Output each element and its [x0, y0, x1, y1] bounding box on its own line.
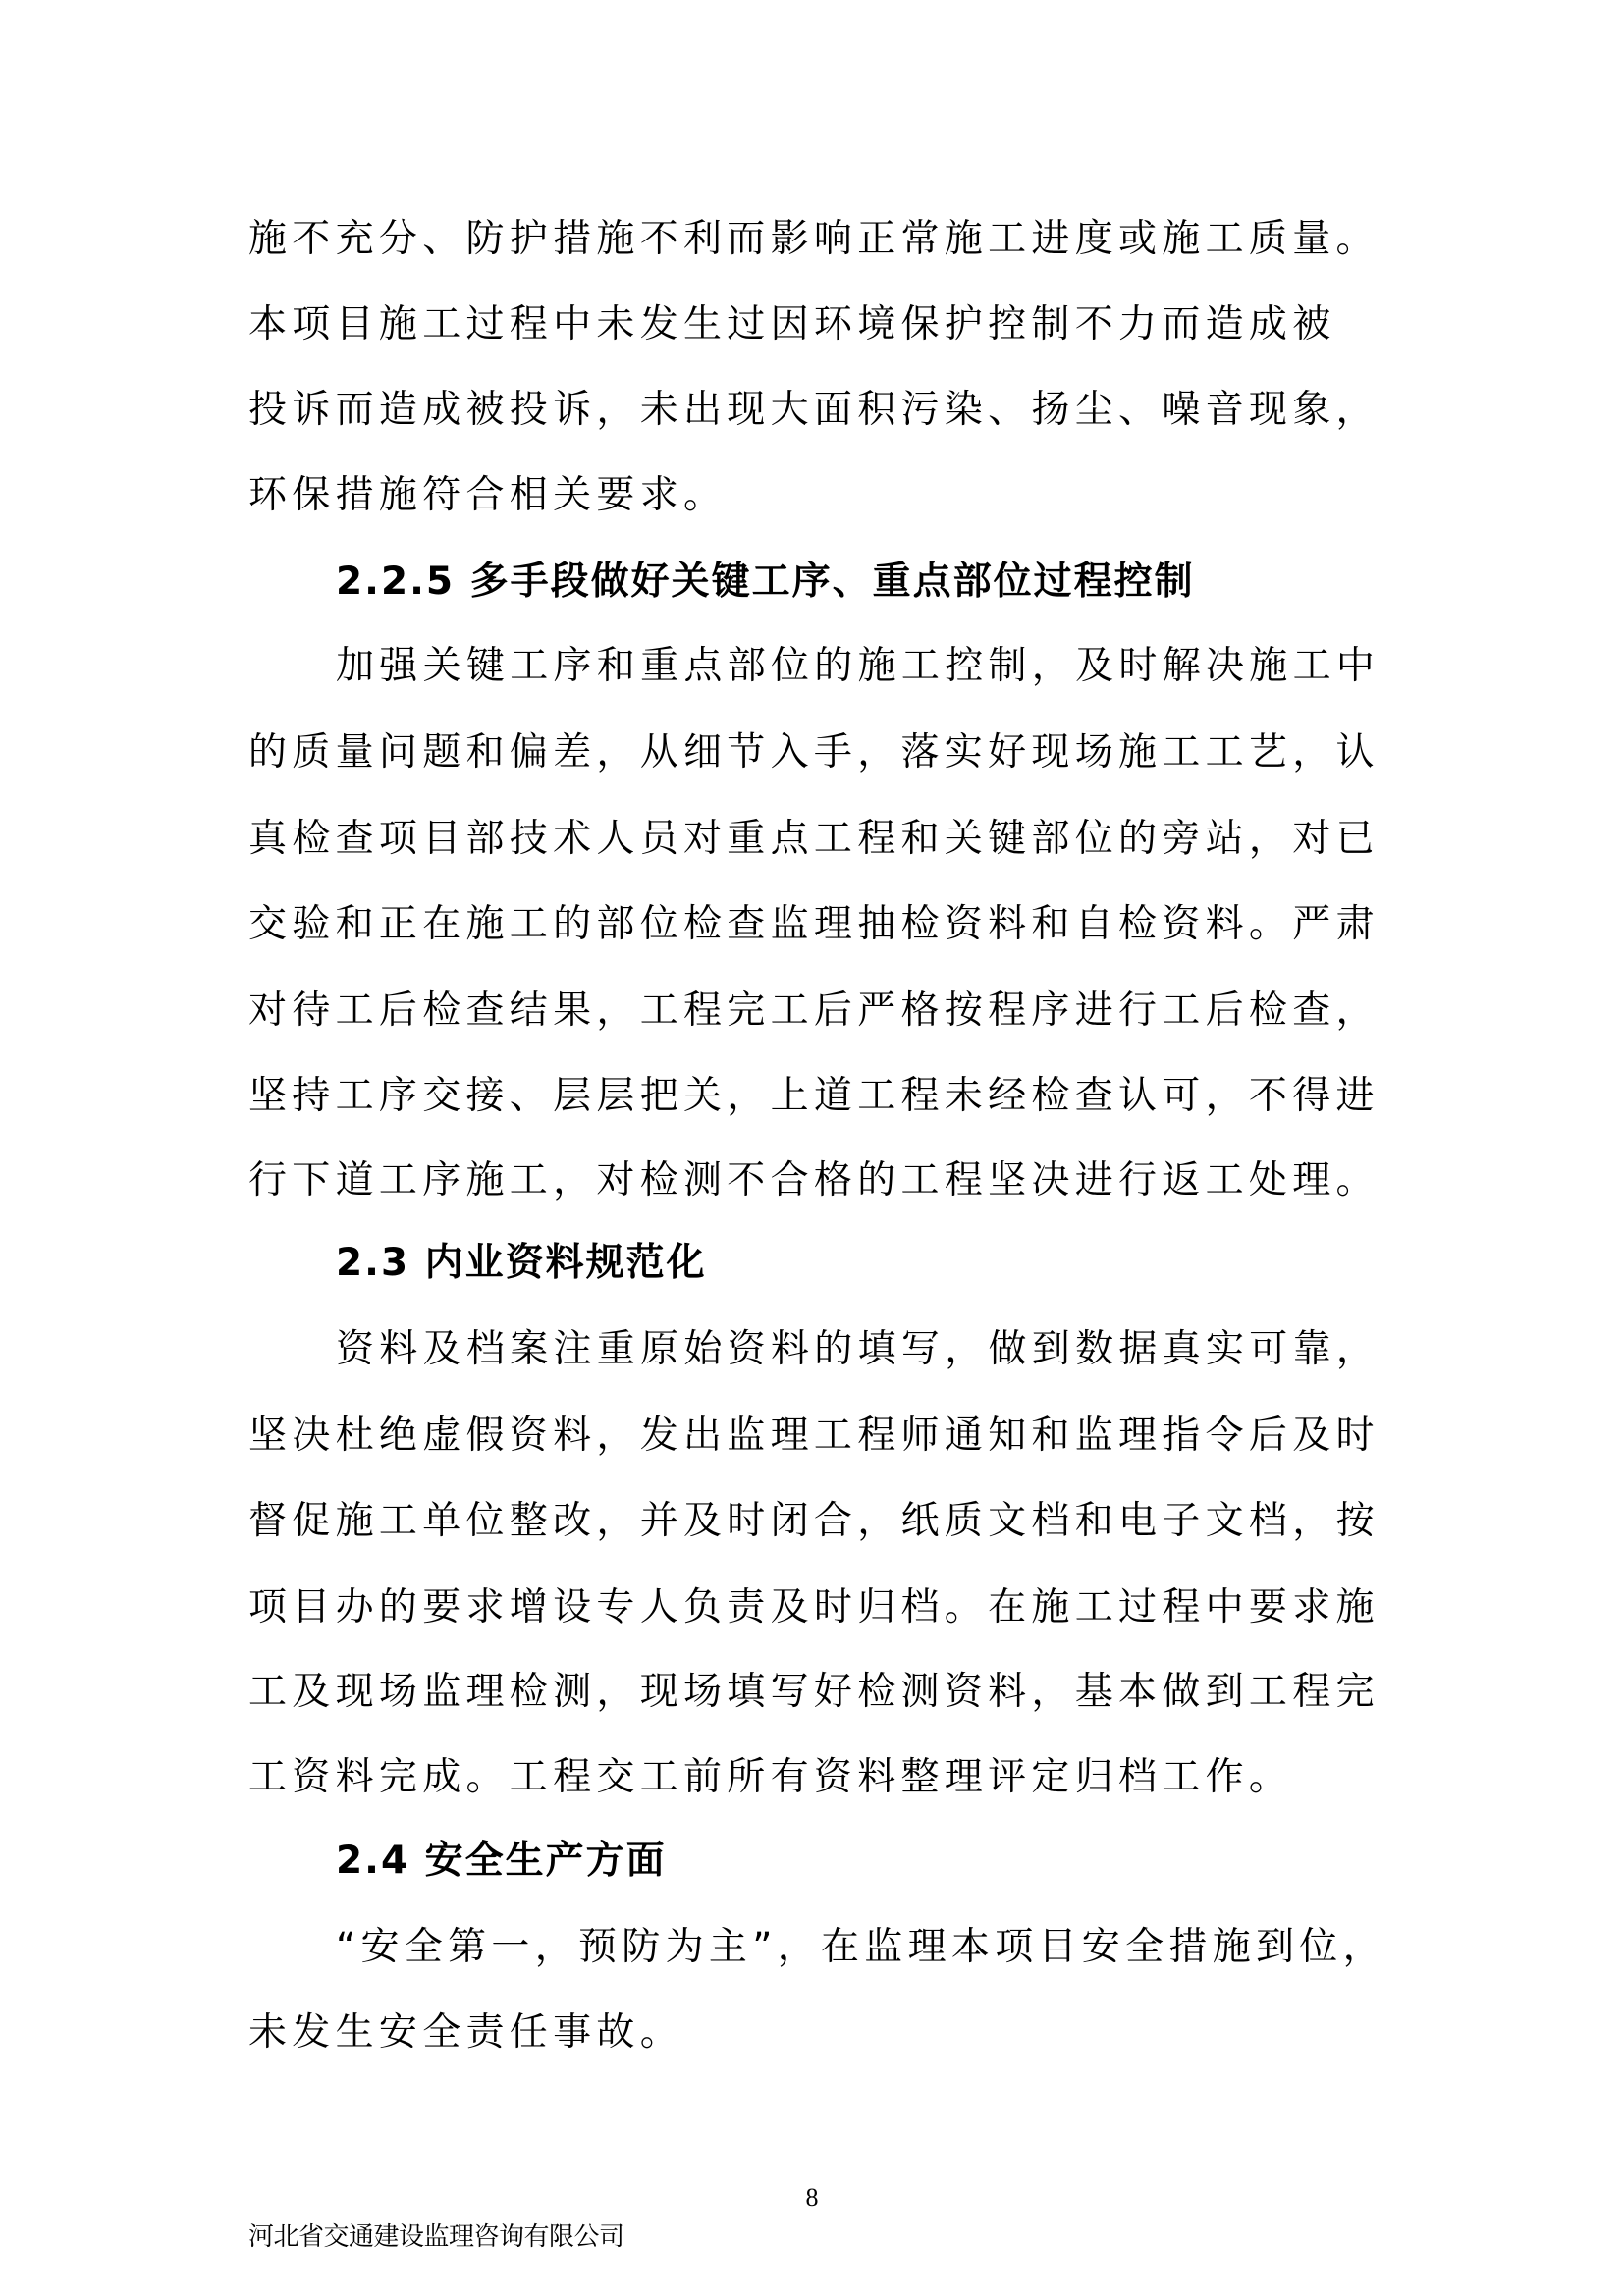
paragraph-line: 交验和正在施工的部位检查监理抽检资料和自检资料。严肃	[248, 900, 1387, 949]
paragraph-line: 本项目施工过程中未发生过因环境保护控制不力而造成被	[248, 300, 1387, 349]
paragraph-line: 督促施工单位整改，并及时闭合，纸质文档和电子文档，按	[248, 1497, 1387, 1546]
page-number: 8	[0, 2181, 1624, 2215]
paragraph-line: 工及现场监理检测，现场填写好检测资料，基本做到工程完	[248, 1668, 1387, 1717]
paragraph-line: 的质量问题和偏差，从细节入手，落实好现场施工工艺，认	[248, 728, 1387, 777]
paragraph-line: 行下道工序施工，对检测不合格的工程坚决进行返工处理。	[248, 1156, 1387, 1205]
paragraph-line: 环保措施符合相关要求。	[248, 471, 1387, 520]
footer-company-name: 河北省交通建设监理咨询有限公司	[248, 2220, 624, 2254]
paragraph-line: 投诉而造成被投诉，未出现大面积污染、扬尘、噪音现象，	[248, 386, 1387, 435]
paragraph-line: 项目办的要求增设专人负责及时归档。在施工过程中要求施	[248, 1583, 1387, 1632]
document-page: 施不充分、防护措施不利而影响正常施工进度或施工质量。本项目施工过程中未发生过因环…	[0, 0, 1624, 2296]
section-heading: 2.3 内业资料规范化	[336, 1239, 1475, 1288]
paragraph-line: 坚持工序交接、层层把关，上道工程未经检查认可，不得进	[248, 1072, 1387, 1121]
paragraph-line: 资料及档案注重原始资料的填写，做到数据真实可靠，	[336, 1325, 1475, 1374]
paragraph-line: “安全第一，预防为主”，在监理本项目安全措施到位，	[336, 1923, 1475, 1972]
paragraph-line: 加强关键工序和重点部位的施工控制，及时解决施工中	[336, 642, 1475, 691]
section-heading: 2.2.5 多手段做好关键工序、重点部位过程控制	[336, 558, 1475, 607]
paragraph-line: 未发生安全责任事故。	[248, 2008, 1387, 2057]
paragraph-line: 对待工后检查结果，工程完工后严格按程序进行工后检查，	[248, 987, 1387, 1036]
section-heading: 2.4 安全生产方面	[336, 1837, 1475, 1886]
paragraph-line: 施不充分、防护措施不利而影响正常施工进度或施工质量。	[248, 215, 1387, 264]
paragraph-line: 工资料完成。工程交工前所有资料整理评定归档工作。	[248, 1753, 1387, 1802]
paragraph-line: 真检查项目部技术人员对重点工程和关键部位的旁站，对已	[248, 815, 1387, 864]
paragraph-line: 坚决杜绝虚假资料，发出监理工程师通知和监理指令后及时	[248, 1412, 1387, 1461]
